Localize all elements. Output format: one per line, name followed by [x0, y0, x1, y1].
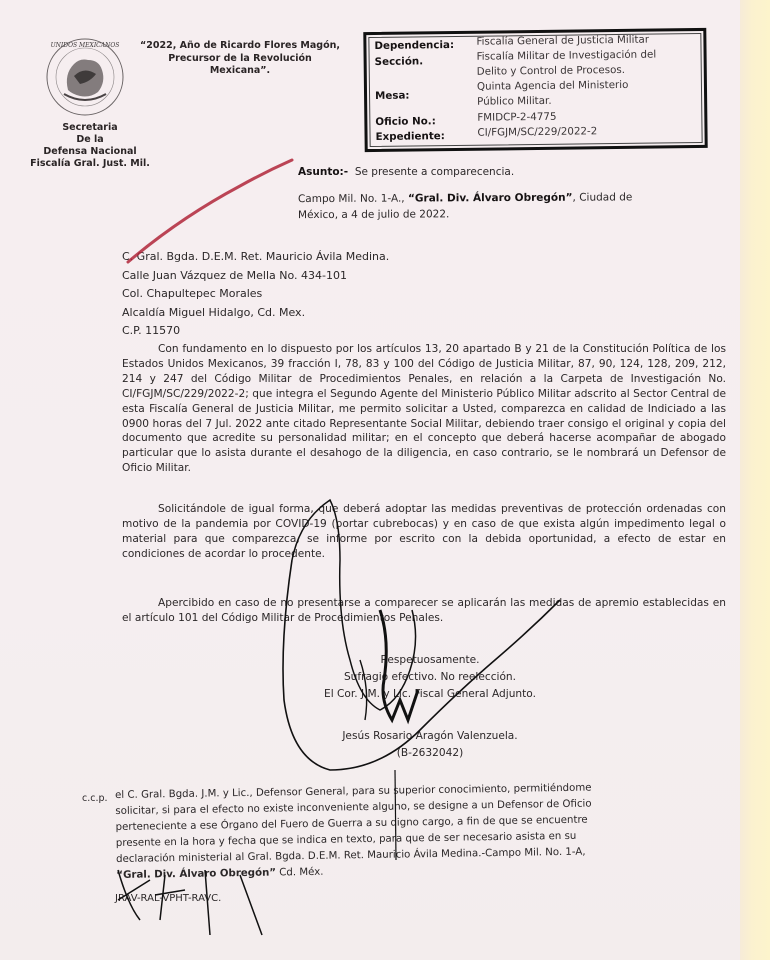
value-mesa-cont: Público Militar.	[477, 94, 552, 110]
recipient-colonia: Col. Chapultepec Morales	[122, 285, 389, 304]
department-line: Fiscalía Gral. Just. Mil.	[20, 158, 160, 170]
place-prefix: Campo Mil. No. 1-A.,	[298, 193, 408, 206]
subject-line: Asunto:- Se presente a comparecencia.	[298, 166, 514, 178]
mexico-coat-of-arms-seal-icon: UNIDOS MEXICANOS	[44, 36, 126, 118]
ccp-label: c.c.p.	[82, 793, 108, 804]
place-bold: “Gral. Div. Álvaro Obregón”	[408, 192, 573, 205]
recipient-name: C. Gral. Bgda. D.E.M. Ret. Mauricio Ávil…	[122, 248, 389, 267]
date-line: México, a 4 de julio de 2022.	[298, 208, 449, 221]
label-mesa: Mesa:	[375, 89, 410, 105]
department-line: De la	[20, 134, 160, 146]
ccp-suffix: Cd. Méx.	[276, 867, 324, 879]
page-edge-background	[740, 0, 770, 960]
value-seccion: Fiscalía Militar de Investigación del	[477, 48, 657, 65]
ccp-bold: “Gral. Div. Álvaro Obregón”	[116, 867, 276, 881]
closing-block: Respetuosamente. Sufragio efectivo. No r…	[280, 652, 580, 703]
signer-id: (B-2632042)	[280, 745, 580, 762]
label-seccion: Sección.	[375, 54, 424, 70]
label-dependencia: Dependencia:	[374, 38, 454, 54]
signer-block: Jesús Rosario Aragón Valenzuela. (B-2632…	[280, 728, 580, 762]
paragraph-text: Apercibido en caso de no presentarse a c…	[122, 597, 726, 624]
paragraph-text: Solicitándole de igual forma, que deberá…	[122, 503, 726, 560]
value-expediente: CI/FGJM/SC/229/2022-2	[477, 124, 597, 141]
svg-text:UNIDOS MEXICANOS: UNIDOS MEXICANOS	[51, 42, 120, 49]
closing-line: Respetuosamente.	[280, 652, 580, 669]
body-paragraph-3: Apercibido en caso de no presentarse a c…	[122, 596, 726, 626]
place-suffix: , Ciudad de	[572, 191, 632, 203]
closing-line: El Cor. J.M. y Lic. Fiscal General Adjun…	[280, 686, 580, 703]
subject-text: Se presente a comparecencia.	[355, 166, 514, 178]
department-line: Defensa Nacional	[20, 146, 160, 158]
reference-initials: JRAV-RAL-VPHT-RAVC.	[115, 893, 221, 904]
paragraph-text: Con fundamento en lo dispuesto por los a…	[122, 343, 726, 474]
recipient-postal-code: C.P. 11570	[122, 322, 389, 341]
signer-name: Jesús Rosario Aragón Valenzuela.	[280, 728, 580, 745]
value-mesa: Quinta Agencia del Ministerio	[477, 78, 629, 95]
label-oficio: Oficio No.:	[375, 114, 436, 130]
document-info-box: Dependencia: Fiscalía General de Justici…	[363, 28, 707, 152]
recipient-address: C. Gral. Bgda. D.E.M. Ret. Mauricio Ávil…	[122, 248, 389, 341]
recipient-alcaldia: Alcaldía Miguel Hidalgo, Cd. Mex.	[122, 304, 389, 323]
department-name: Secretaria De la Defensa Nacional Fiscal…	[20, 122, 160, 170]
ccp-block: el C. Gral. Bgda. J.M. y Lic., Defensor …	[115, 778, 724, 884]
recipient-street: Calle Juan Vázquez de Mella No. 434-101	[122, 267, 389, 286]
closing-line: Sufragio efectivo. No reelección.	[280, 669, 580, 686]
label-expediente: Expediente:	[375, 129, 444, 145]
body-paragraph-1: Con fundamento en lo dispuesto por los a…	[122, 342, 726, 476]
place-date: Campo Mil. No. 1-A., “Gral. Div. Álvaro …	[298, 189, 718, 223]
year-motto: “2022, Año de Ricardo Flores Magón, Prec…	[130, 40, 350, 78]
body-paragraph-2: Solicitándole de igual forma, que deberá…	[122, 502, 726, 562]
motto-line: Precursor de la Revolución	[130, 53, 350, 66]
motto-line: “2022, Año de Ricardo Flores Magón,	[130, 40, 350, 53]
department-line: Secretaria	[20, 122, 160, 134]
value-oficio: FMIDCP-2-4775	[477, 110, 556, 126]
motto-line: Mexicana”.	[130, 65, 350, 78]
subject-label: Asunto:-	[298, 166, 348, 178]
